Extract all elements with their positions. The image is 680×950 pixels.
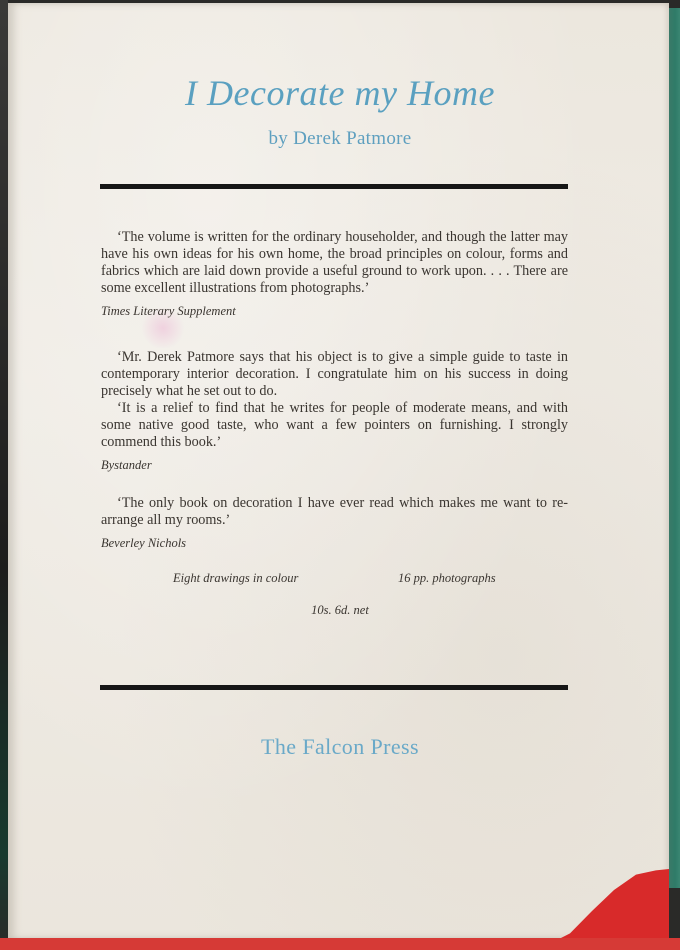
review-text: ‘Mr. Derek Patmore says that his object … [101,349,568,400]
price: 10s. 6d. net [0,603,680,618]
top-divider-rule [100,184,568,189]
red-bottom-edge [0,938,680,950]
review-bystander: ‘Mr. Derek Patmore says that his object … [101,349,568,474]
review-times-literary-supplement: ‘The volume is written for the ordinary … [101,229,568,320]
photographs-note: 16 pp. photographs [398,571,496,586]
review-text: ‘The only book on decoration I have ever… [101,495,568,529]
review-source: Times Literary Supplement [101,303,568,320]
review-source: Bystander [101,457,568,474]
bottom-divider-rule [100,685,568,690]
colour-drawings-note: Eight drawings in colour [173,571,298,586]
book-title: I Decorate my Home [0,72,680,114]
review-beverley-nichols: ‘The only book on decoration I have ever… [101,495,568,552]
publisher-name: The Falcon Press [0,734,680,760]
red-corner-flap [559,869,669,939]
review-text: ‘The volume is written for the ordinary … [101,229,568,297]
review-text: ‘It is a relief to find that he writes f… [101,400,568,451]
author-line: by Derek Patmore [0,128,680,150]
review-source: Beverley Nichols [101,535,568,552]
